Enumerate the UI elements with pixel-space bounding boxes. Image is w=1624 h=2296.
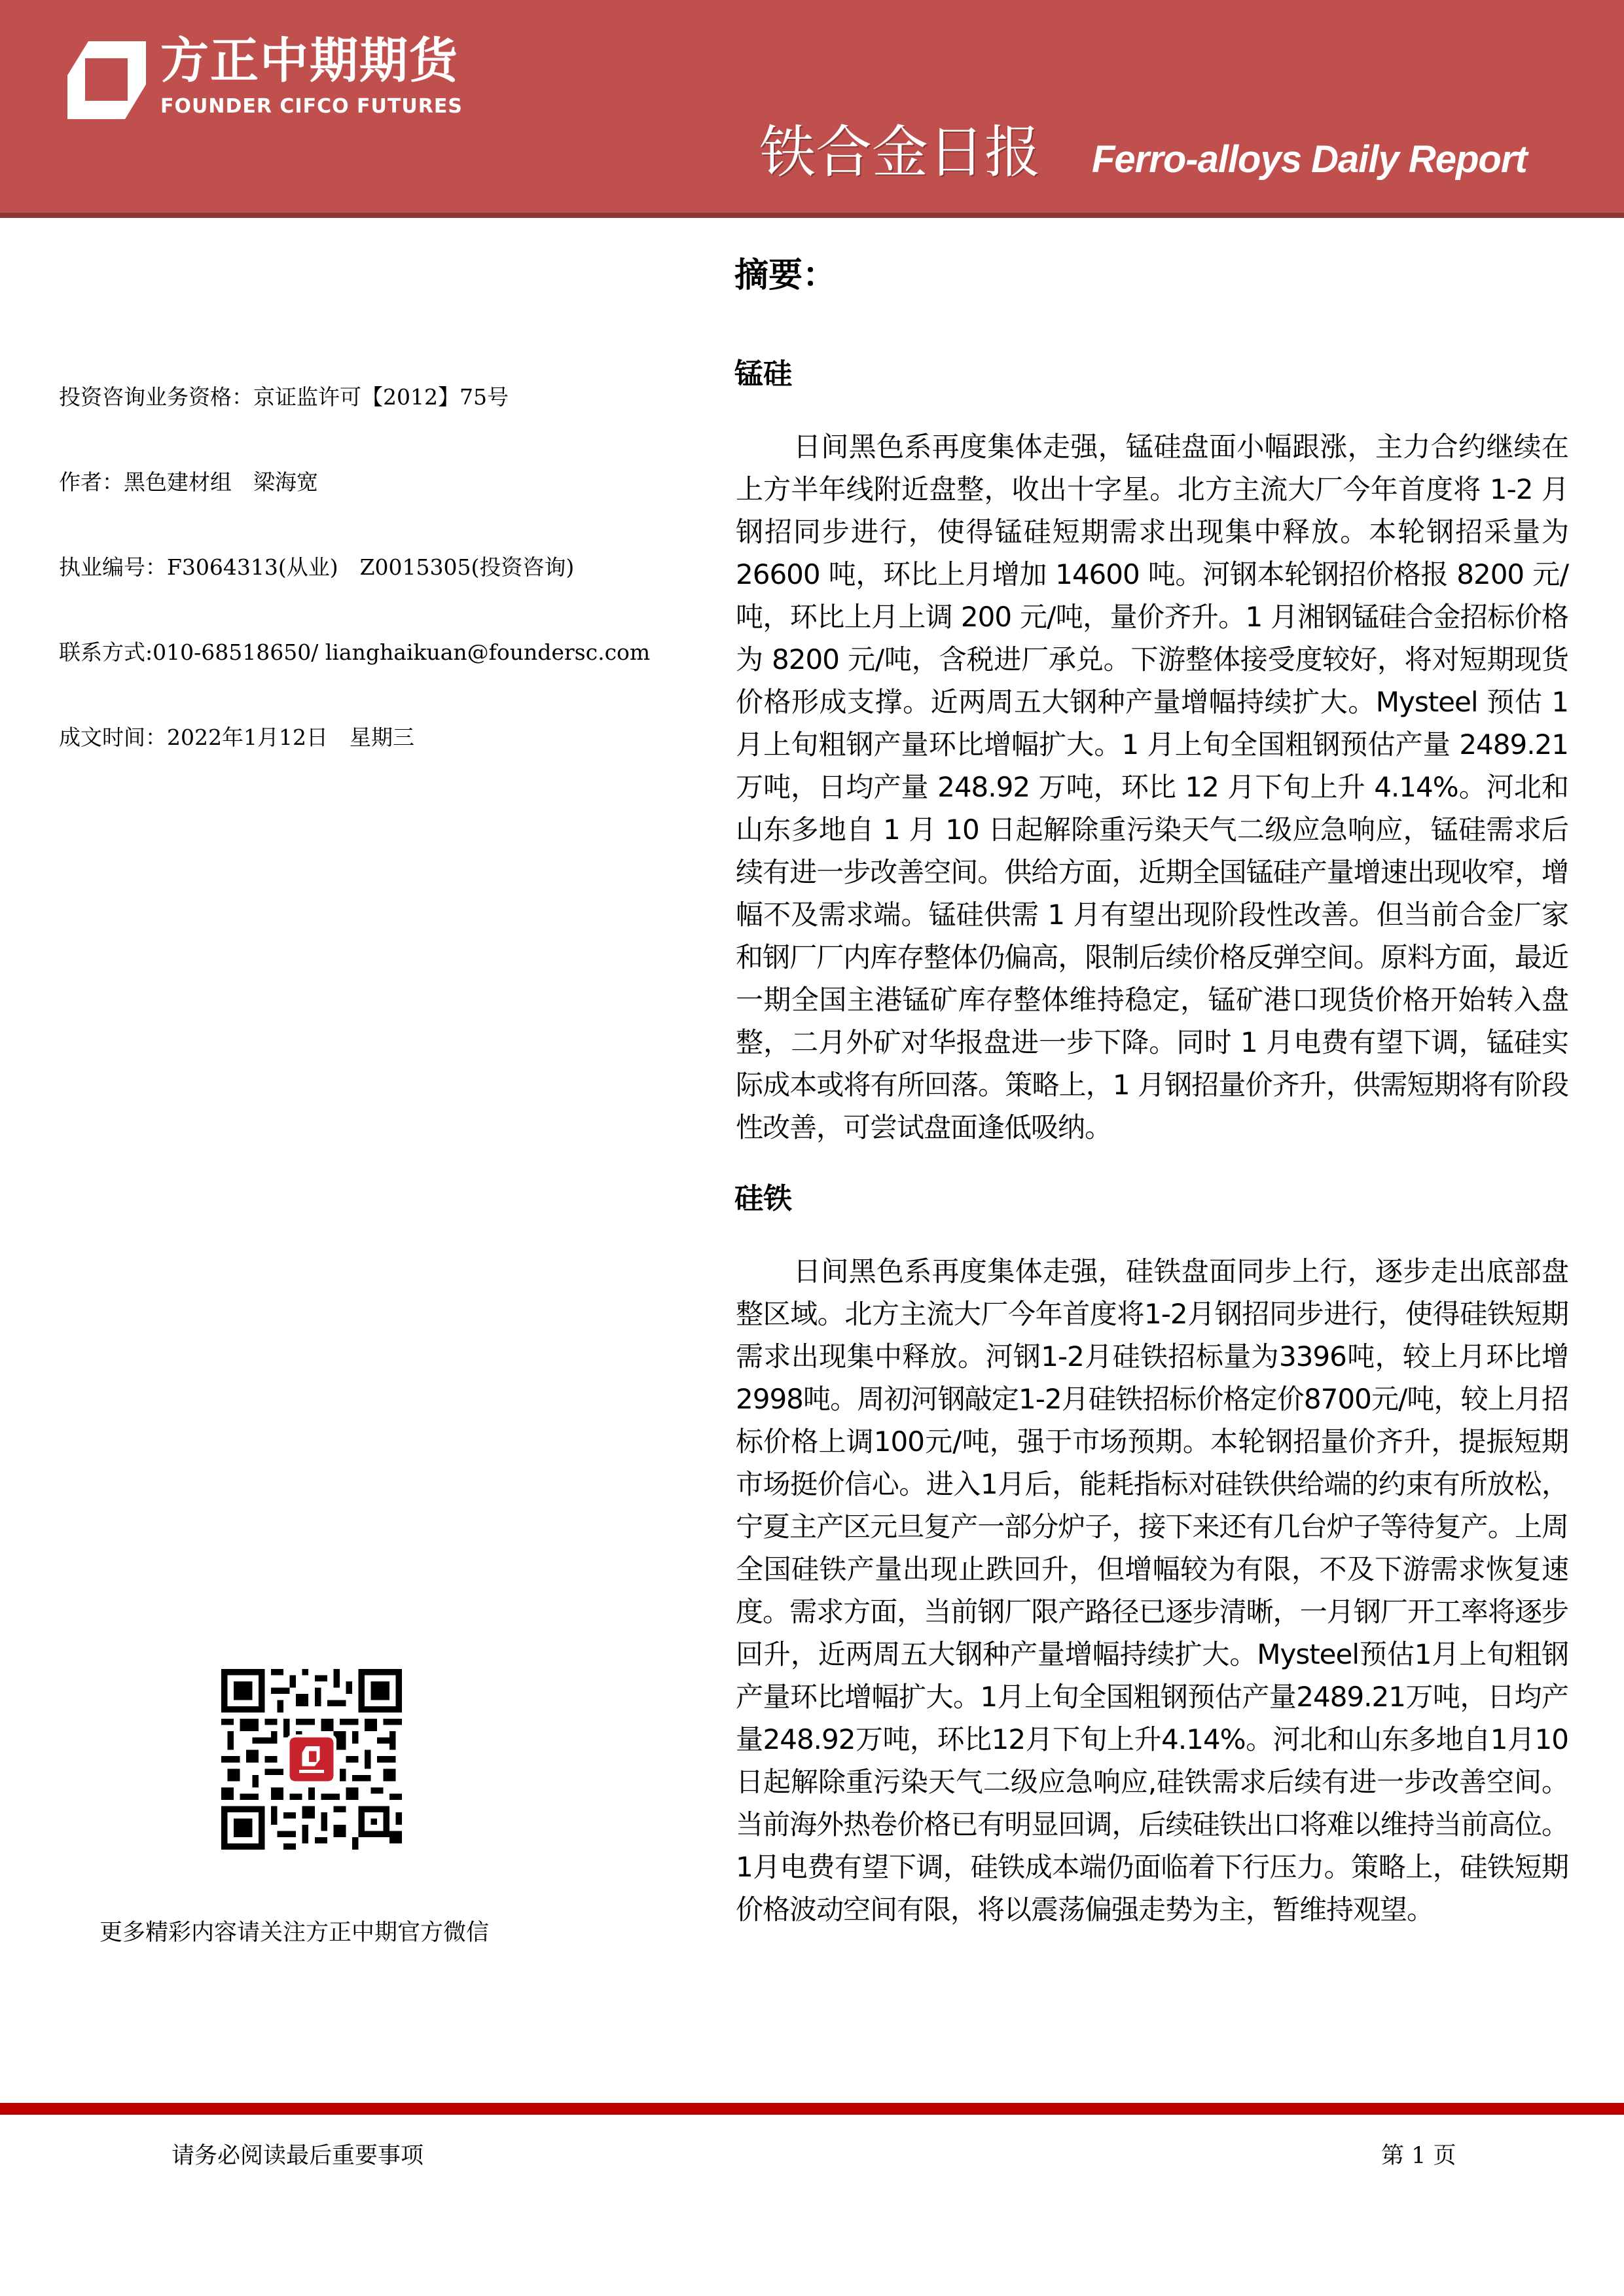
section-body-ferrosilicon: 日间黑色系再度集体走强，硅铁盘面同步上行，逐步走出底部盘整区域。北方主流大厂今年… [736, 1250, 1568, 1931]
qualification: 投资咨询业务资格：京证监许可【2012】75号 [59, 383, 700, 468]
brand-name-cn: 方正中期期货 [160, 37, 459, 85]
report-title-en: Ferro-alloys Daily Report [1092, 141, 1527, 179]
summary-title: 摘要： [734, 259, 837, 293]
brand-name-en: FOUNDER CIFCO FUTURES [160, 97, 463, 117]
section-title-ferrosilicon: 硅铁 [734, 1185, 792, 1213]
header-stripe [0, 213, 1624, 218]
section-title-silicomanganese: 锰硅 [734, 360, 792, 389]
wechat-qr-code-icon [221, 1669, 402, 1850]
publish-date: 成文时间：2022年1月12日 星期三 [59, 723, 700, 808]
report-meta: 投资咨询业务资格：京证监许可【2012】75号 作者：黑色建材组 梁海宽 执业编… [59, 383, 700, 808]
license-number: 执业编号：F3064313(从业) Z0015305(投资咨询) [59, 553, 700, 638]
footer-bar [0, 2103, 1624, 2115]
footer-notice: 请务必阅读最后重要事项 [171, 2138, 424, 2170]
section-body-silicomanganese: 日间黑色系再度集体走强，锰硅盘面小幅跟涨，主力合约继续在上方半年线附近盘整，收出… [736, 425, 1568, 1149]
qr-caption: 更多精彩内容请关注方正中期官方微信 [99, 1914, 489, 1947]
page-number: 第 1 页 [1381, 2138, 1456, 2170]
founder-logo-icon [67, 41, 146, 119]
contact-info: 联系方式:010-68518650/ lianghaikuan@founders… [59, 638, 700, 723]
author: 作者：黑色建材组 梁海宽 [59, 468, 700, 553]
report-title-cn: 铁合金日报 [759, 124, 1041, 181]
